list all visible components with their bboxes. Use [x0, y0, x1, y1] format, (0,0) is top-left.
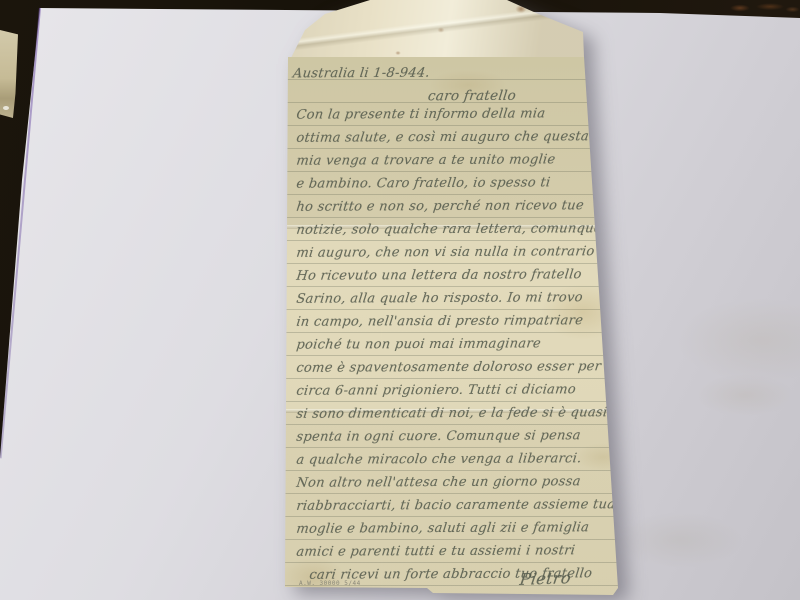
photo-background: Australia li 1-8-944. caro fratello Con …: [0, 0, 800, 600]
signature: Pietro: [519, 568, 573, 589]
letter-line: Non altro nell'attesa che un giorno poss…: [295, 474, 582, 498]
letter-line: mi auguro, che non vi sia nulla in contr…: [295, 244, 596, 269]
letter-line: e bambino. Caro fratello, io spesso ti: [295, 175, 552, 199]
paper-scrap: [0, 30, 18, 118]
letter-line: si sono dimenticati di noi, e la fede si…: [295, 405, 609, 430]
letter-line: come è spaventosamente doloroso esser pe…: [295, 359, 602, 384]
date-line: Australia li 1-8-944.: [292, 66, 431, 82]
print-code: A.W. 30000 5/44: [299, 580, 361, 587]
letter-line: in campo, nell'ansia di presto rimpatria…: [295, 313, 584, 338]
letter-line: Ho ricevuto una lettera da nostro fratel…: [295, 267, 583, 291]
letter-flap: [283, 0, 584, 58]
letter-line: circa 6-anni prigioniero. Tutti ci dicia…: [295, 382, 577, 406]
letter-line: notizie, solo qualche rara lettera, comu…: [295, 221, 603, 246]
handwritten-letter: Australia li 1-8-944. caro fratello Con …: [283, 0, 618, 598]
letter-line: ottima salute, e così mi auguro che ques…: [295, 129, 590, 154]
letter-line: moglie e bambino, saluti agli zii e fami…: [295, 520, 590, 545]
letter-line: Sarino, alla quale ho risposto. Io mi tr…: [295, 290, 584, 314]
letter-line: mia venga a trovare a te unito moglie: [295, 152, 557, 176]
letter-sheet: Australia li 1-8-944. caro fratello Con …: [283, 57, 618, 595]
salutation: caro fratello: [427, 88, 517, 104]
scrap-speck: [3, 106, 9, 110]
letter-line: ho scritto e non so, perché non ricevo t…: [295, 198, 585, 223]
letter-line: poiché tu non puoi mai immaginare: [295, 336, 542, 360]
letter-line: spenta in ogni cuore. Comunque si pensa: [295, 428, 582, 452]
letter-line: riabbracciarti, ti bacio caramente assie…: [295, 497, 617, 522]
letter-line: Con la presente ti informo della mia: [295, 106, 547, 130]
letter-line: amici e parenti tutti e tu assiemi i nos…: [295, 543, 576, 567]
letter-line: a qualche miracolo che venga a liberarci…: [295, 451, 583, 475]
stain: [725, 1, 800, 15]
